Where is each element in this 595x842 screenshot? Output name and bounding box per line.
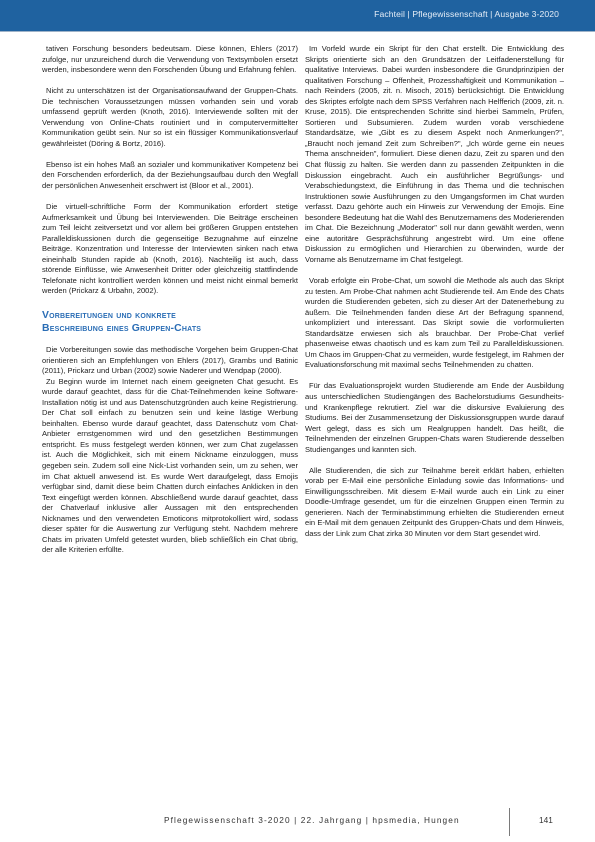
running-header-title: Fachteil | Pflegewissenschaft | Ausgabe … xyxy=(374,9,559,19)
right-text-column: Im Vorfeld wurde ein Skript für den Chat… xyxy=(305,44,564,550)
left-text-column: tativen Forschung besonders bedeutsam. D… xyxy=(42,44,298,566)
section-heading-line-2: Beschreibung eines Gruppen-Chats xyxy=(42,323,201,334)
body-paragraph: Im Vorfeld wurde ein Skript für den Chat… xyxy=(305,44,564,265)
body-paragraph: Zu Beginn wurde im Internet nach einem g… xyxy=(42,377,298,556)
body-paragraph: Vorab erfolgte ein Probe-Chat, um sowohl… xyxy=(305,276,564,371)
body-paragraph: Für das Evaluationsprojekt wurden Studie… xyxy=(305,381,564,455)
body-paragraph: Die Vorbereitungen sowie das methodische… xyxy=(42,345,298,377)
section-heading: Vorbereitungen und konkrete Beschreibung… xyxy=(42,309,298,336)
running-header-band: Fachteil | Pflegewissenschaft | Ausgabe … xyxy=(0,0,595,32)
body-paragraph: Alle Studierenden, die sich zur Teilnahm… xyxy=(305,466,564,540)
page-number: 141 xyxy=(539,815,553,825)
body-paragraph: Ebenso ist ein hohes Maß an sozialer und… xyxy=(42,160,298,192)
footer-journal-info: Pflegewissenschaft 3-2020 | 22. Jahrgang… xyxy=(164,815,460,825)
footer-divider xyxy=(509,808,510,836)
section-heading-line-1: Vorbereitungen und konkrete xyxy=(42,310,176,321)
body-paragraph: tativen Forschung besonders bedeutsam. D… xyxy=(42,44,298,76)
body-paragraph: Nicht zu unterschätzen ist der Organisat… xyxy=(42,86,298,149)
body-paragraph: Die virtuell-schriftliche Form der Kommu… xyxy=(42,202,298,297)
